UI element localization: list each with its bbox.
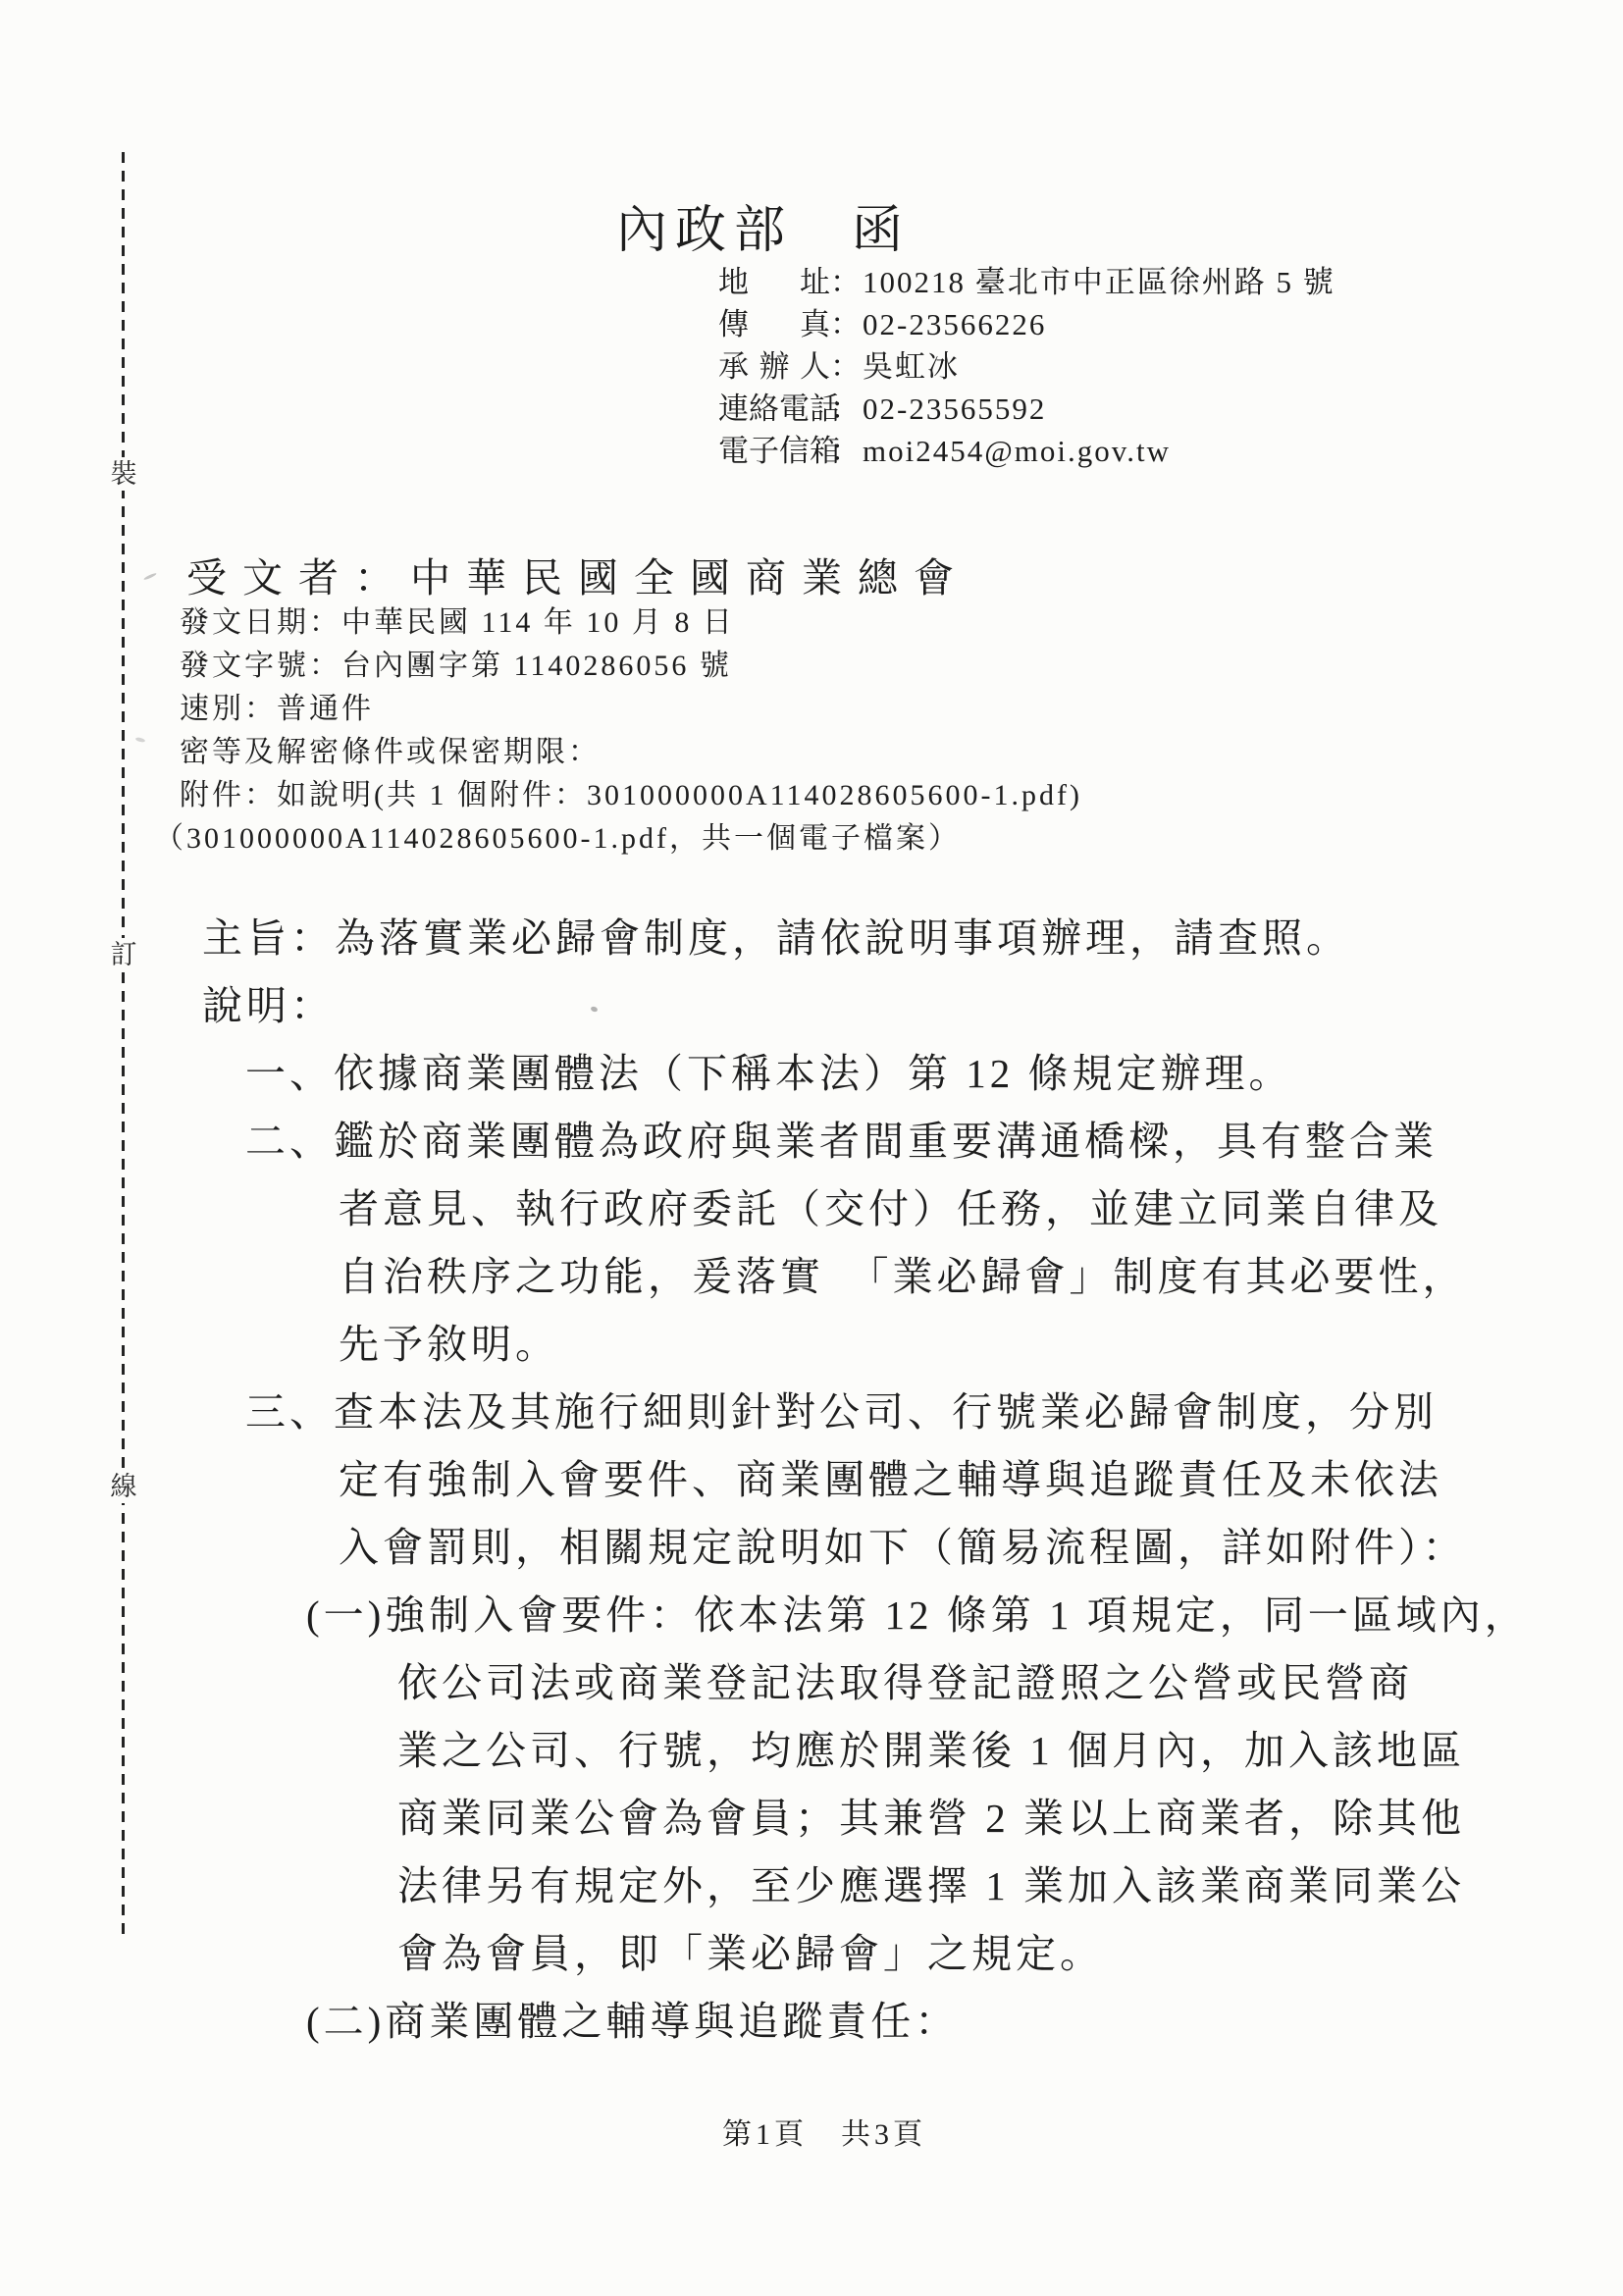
body-line-item-2: 二、鑑於商業團體為政府與業者間重要溝通橋樑，具有整合業 [0,1108,1623,1175]
body-line-explanation: 說明： [0,972,1623,1040]
sender-email-row: 電子信箱：moi2454@moi.gov.tw [718,430,1335,472]
page-footer: 第1頁 共3頁 [26,2110,1623,2153]
scanned-letter-page: 裝 訂 線 內政部 函 地址：100218 臺北市中正區徐州路 5 號 傳真：0… [0,0,1623,2296]
document-title: 內政部 函 [616,188,911,262]
sender-value: 吳虹冰 [863,345,960,388]
sender-contact-person-row: 承辦人：吳虹冰 [718,345,1335,388]
binding-mark-zhuang: 裝 [108,457,139,491]
body-line: 先予敘明。 [0,1311,1623,1379]
colon: ： [830,388,863,430]
meta-block: 發文日期：中華民國 114 年 10 月 8 日 發文字號：台內團字第 1140… [180,601,1082,861]
sender-address-row: 地址：100218 臺北市中正區徐州路 5 號 [718,261,1335,303]
body-line: 商業同業公會為會員；其兼營 2 業以上商業者，除其他 [0,1785,1623,1852]
body-block: 主旨：為落實業必歸會制度，請依說明事項辦理，請查照。 說明： 一、依據商業團體法… [0,905,1623,2056]
body-line-subitem-2: (二)商業團體之輔導與追蹤責任： [0,1988,1623,2056]
body-line: 法律另有規定外，至少應選擇 1 業加入該業商業同業公 [0,1852,1623,1920]
sender-label: 承辦人 [718,345,830,388]
colon: ： [830,303,863,345]
body-line-subitem-1: (一)強制入會要件：依本法第 12 條第 1 項規定，同一區域內， [0,1582,1623,1649]
sender-value: 02-23566226 [863,303,1046,345]
body-line: 會為會員，即「業必歸會」之規定。 [0,1920,1623,1988]
body-line-item-3: 三、查本法及其施行細則針對公司、行號業必歸會制度，分別 [0,1379,1623,1446]
meta-speed-class: 速別：普通件 [180,688,1082,731]
sender-value: 100218 臺北市中正區徐州路 5 號 [863,261,1335,303]
sender-label: 地址 [718,261,830,303]
meta-attachment: 附件：如說明(共 1 個附件：301000000A114028605600-1.… [180,774,1082,817]
body-line-item-1: 一、依據商業團體法（下稱本法）第 12 條規定辦理。 [0,1040,1623,1108]
body-line: 定有強制入會要件、商業團體之輔導與追蹤責任及未依法 [0,1446,1623,1514]
body-line: 者意見、執行政府委託（交付）任務，並建立同業自律及 [0,1175,1623,1243]
sender-phone-row: 連絡電話：02-23565592 [718,388,1335,430]
body-line: 依公司法或商業登記法取得登記證照之公營或民營商 [0,1649,1623,1717]
sender-label: 連絡電話 [718,388,830,430]
sender-value: moi2454@moi.gov.tw [863,430,1171,472]
body-line-subject: 主旨：為落實業必歸會制度，請依說明事項辦理，請查照。 [0,905,1623,972]
meta-attachment-file: （301000000A114028605600-1.pdf，共一個電子檔案） [154,817,1082,861]
body-line: 自治秩序之功能，爰落實 「業必歸會」制度有其必要性， [0,1243,1623,1311]
colon: ： [830,261,863,303]
sender-label: 電子信箱 [718,430,830,472]
meta-issue-number: 發文字號：台內團字第 1140286056 號 [180,645,1082,688]
meta-issue-date: 發文日期：中華民國 114 年 10 月 8 日 [180,601,1082,645]
scan-speck [143,572,157,581]
recipient-line: 受文者：中華民國全國商業總會 [186,546,969,603]
sender-label: 傳真 [718,303,830,345]
body-line: 業之公司、行號，均應於開業後 1 個月內，加入該地區 [0,1717,1623,1785]
sender-fax-row: 傳真：02-23566226 [718,303,1335,345]
body-line: 入會罰則，相關規定說明如下（簡易流程圖，詳如附件）： [0,1514,1623,1582]
sender-info-block: 地址：100218 臺北市中正區徐州路 5 號 傳真：02-23566226 承… [718,261,1335,472]
colon: ： [830,430,863,472]
sender-value: 02-23565592 [863,388,1046,430]
colon: ： [830,345,863,388]
scan-speck [135,737,146,743]
meta-secrecy: 密等及解密條件或保密期限： [180,731,1082,774]
